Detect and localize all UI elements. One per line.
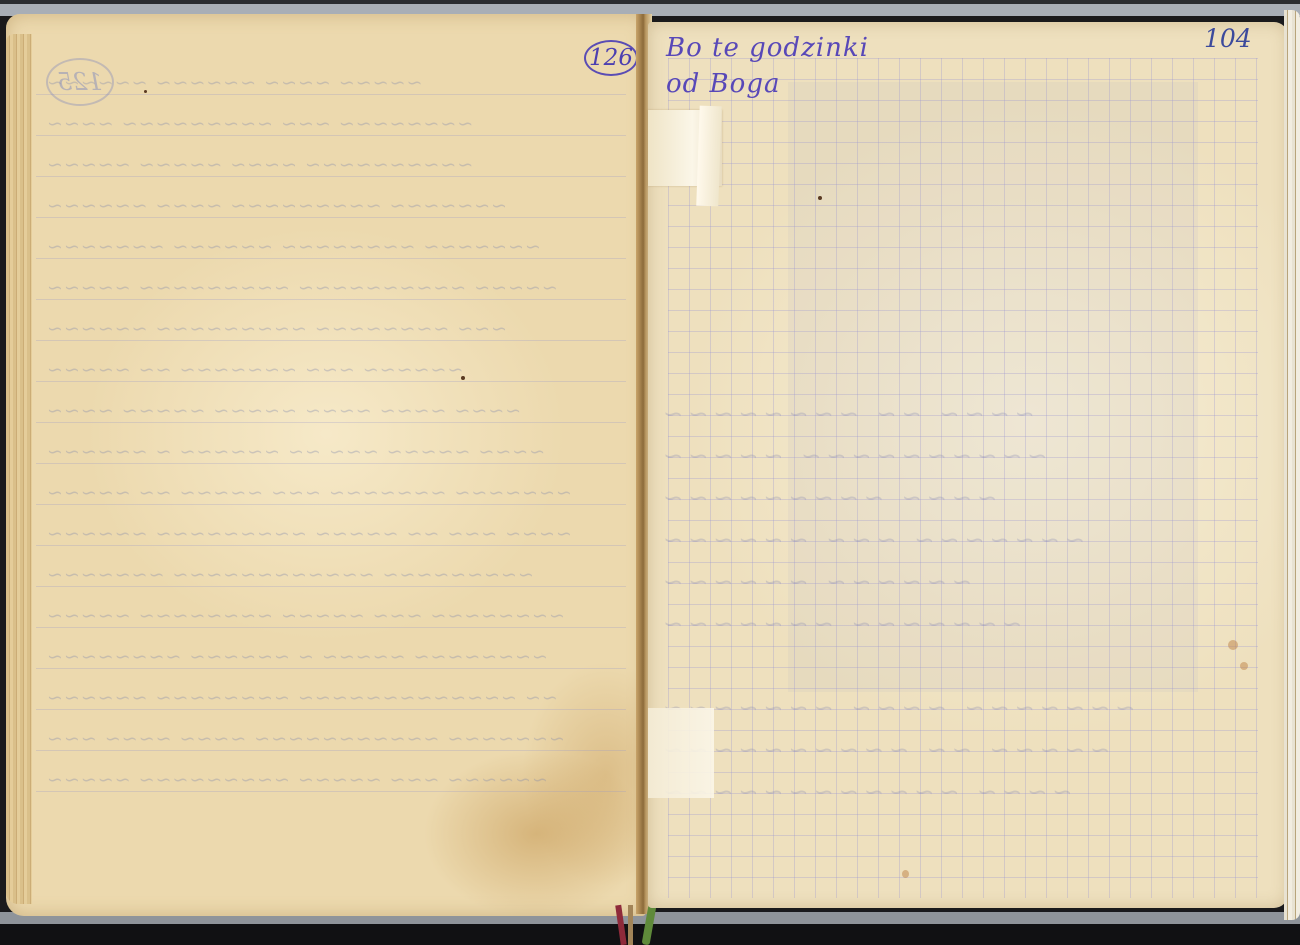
ruled-line xyxy=(36,545,626,546)
bleed-through-line: ~~~~~~~ ~~~~~~~ xyxy=(658,610,1022,636)
ruled-line xyxy=(36,586,626,587)
heading-line: od Boga xyxy=(666,66,869,102)
bleed-through-line: ~~~~ ~~ ~~~~~~~~ xyxy=(658,400,1035,426)
bleed-through-line: ~~~~~~ ~~~ ~~~~~ ~~~~~~~~~ ~~~~~ xyxy=(46,769,548,791)
binding-thread-tan xyxy=(628,905,633,945)
bleed-through-line: ~~ ~~~~~~~~~~~~~ ~~~~~~~~ ~~~~~~ xyxy=(46,687,558,709)
foxing-stain xyxy=(902,870,909,878)
ink-spot xyxy=(461,376,465,380)
adhesive-tape xyxy=(648,708,714,798)
bleed-through-line: ~~~~~~~ ~~~ ~~~~~~ xyxy=(658,526,1085,552)
bleed-through-line: ~~~~~~~~ ~~~ ~~~~~ ~~~~~~~~ ~~~~~ xyxy=(46,605,565,627)
handwritten-heading: Bo te godzinki od Boga xyxy=(666,30,869,102)
bleed-through-line: ~~~~~~~ ~~~~~~~~ ~~~~~~ ~~~~~~~ xyxy=(46,236,541,258)
bleed-through-line: ~~~~ ~~~~~ ~~~ ~~ ~~~~~~ ~ ~~~~~~ xyxy=(46,441,545,463)
bleed-through-line: ~~~~~~~~~ ~~~~~~~~~~~~ ~~~~~~~ xyxy=(46,564,534,586)
bleed-through-line: ~~~~ ~~~~~~~~~~~~ xyxy=(658,778,1072,804)
notebook-scan: ~~~~~ ~~~~ ~~~~~~ ~~~~~~ ~~~~~~~~ ~~~ ~~… xyxy=(0,0,1300,945)
ruled-line xyxy=(36,627,626,628)
ruled-line xyxy=(36,422,626,423)
adhesive-tape-strip xyxy=(696,106,721,207)
bleed-through-line: ~~~~ ~~~ ~~ ~~~~~ ~~~~~~~~~ ~~~~~~ xyxy=(46,523,572,545)
bleed-through-line: ~~~~~~~ ~~~~~~~ ~~~ ~~~~~ ~~ ~~~~~ xyxy=(46,482,572,504)
bleed-through-line: ~~~~~~~ ~~~~~~~~~~~ ~~~~ ~~~~ ~~~ xyxy=(46,728,565,750)
ruled-line xyxy=(36,135,626,136)
ruled-line xyxy=(36,299,626,300)
ruled-line xyxy=(36,340,626,341)
heading-line: Bo te godzinki xyxy=(666,30,869,66)
ruled-line xyxy=(36,176,626,177)
ruled-line xyxy=(36,750,626,751)
bleed-through-line: ~~~~~ ~~~~~~~~~~ ~~~~~~~~~ ~~~~~ xyxy=(46,277,558,299)
bleed-through-line: ~~~~~~~~~~ ~~~~~ xyxy=(658,442,1047,468)
ink-spot xyxy=(144,90,147,93)
ruled-line xyxy=(36,258,626,259)
bleed-through-line: ~~~~~~~~ ~~~~~ ~ ~~~~~~ ~~~~~~~~ xyxy=(46,646,548,668)
bleed-through-line: ~~~~ ~~~~~~~~~ xyxy=(658,484,997,510)
page-edges-left xyxy=(6,34,32,904)
ruled-line xyxy=(36,463,626,464)
ruled-line xyxy=(36,381,626,382)
ruled-line xyxy=(36,504,626,505)
right-page: ~~~~ ~~ ~~~~~~~~ ~~~~~~~~~~ ~~~~~ ~~~~ ~… xyxy=(648,22,1288,908)
ruled-line xyxy=(36,94,626,95)
ruled-line xyxy=(36,791,626,792)
ruled-line xyxy=(36,709,626,710)
bleed-through-line: ~~~~~ ~~ ~~~~~~~~~~ xyxy=(658,736,1110,762)
ruled-line xyxy=(36,668,626,669)
bleed-through-line: ~~~~~~~ ~~~~~~~~~ ~~~~ ~~~~~~ xyxy=(46,195,507,217)
bleed-through-line: ~~~~~~~~~~ ~~~~ ~~~~~ ~~~~~ xyxy=(46,154,473,176)
foxing-stain xyxy=(1228,640,1238,650)
bleed-through-line: ~~~~~~~~ ~~~ ~~~~~~~~~ ~~~~ xyxy=(46,113,473,135)
ruled-line xyxy=(36,217,626,218)
left-page: ~~~~~ ~~~~ ~~~~~~ ~~~~~~ ~~~~~~~~ ~~~ ~~… xyxy=(6,14,646,916)
bleed-through-line: ~~~~~~ ~~~ ~~~~~~~ ~~ ~~~~~ xyxy=(46,359,463,381)
bleed-through-line: ~~~~~~~ ~~~~ ~~~~~~~ xyxy=(658,694,1135,720)
page-number-left: 126 xyxy=(584,40,638,76)
bleed-through-line: ~~~~ ~~~~ ~~~~ ~~~~~ ~~~~~ ~~~~ xyxy=(46,400,521,422)
page-number-right: 104 xyxy=(1204,24,1252,53)
ink-spot xyxy=(818,196,822,200)
mirrored-page-number: 125 xyxy=(46,58,114,106)
bleed-through-line: ~~~ ~~~~~~~~ ~~~~~~~~~ ~~~~~~ xyxy=(46,318,507,340)
page-stack-edge xyxy=(1284,10,1300,920)
scanner-edge-top-dark xyxy=(0,0,1300,4)
bleed-through-line: ~~~~~~ ~~~~~~ xyxy=(658,568,972,594)
foxing-stain xyxy=(1240,662,1248,670)
bleed-shadow xyxy=(788,82,1198,692)
